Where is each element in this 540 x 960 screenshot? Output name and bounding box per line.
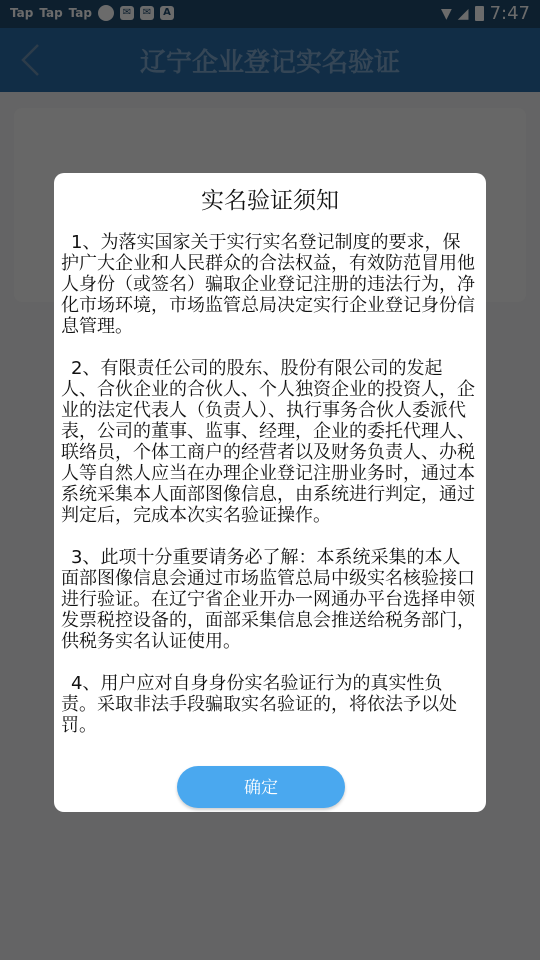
notice-paragraph: 2、有限责任公司的股东、股份有限公司的发起人、合伙企业的合伙人、个人独资企业的投…	[61, 358, 478, 526]
dialog-title: 实名验证须知	[54, 185, 486, 217]
dialog-body: 1、为落实国家关于实行实名登记制度的要求，保护广大企业和人民群众的合法权益，有效…	[61, 232, 478, 757]
notice-paragraph: 3、此项十分重要请务必了解：本系统采集的本人面部图像信息会通过市场监管总局中级实…	[61, 547, 478, 652]
notice-paragraph: 1、为落实国家关于实行实名登记制度的要求，保护广大企业和人民群众的合法权益，有效…	[61, 232, 478, 337]
notice-paragraph: 4、用户应对自身身份实名验证行为的真实性负责。采取非法手段骗取实名验证的，将依法…	[61, 673, 478, 736]
notice-dialog: 实名验证须知 1、为落实国家关于实行实名登记制度的要求，保护广大企业和人民群众的…	[54, 173, 486, 812]
confirm-button[interactable]: 确定	[177, 766, 345, 808]
